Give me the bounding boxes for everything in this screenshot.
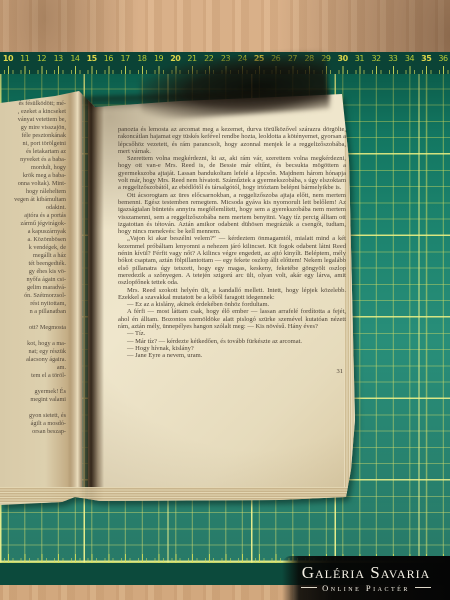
left-page-text-line	[0, 404, 66, 412]
left-page-text-line: megállt a ház	[0, 252, 66, 260]
watermark-badge: Galéria Savaria Online Piactér	[282, 556, 450, 600]
watermark-subtitle: Online Piactér	[322, 583, 410, 593]
left-page-text-line: tét beengedték.	[0, 260, 66, 268]
left-page-text-line: a kapuszárnyak	[0, 228, 66, 236]
book-paragraph: Ott ácsorogtam az üres előcsarnokban, a …	[118, 192, 346, 236]
left-page-text-line: alacsony ágaira.	[0, 356, 66, 364]
left-page-text-line: vegen át kibámultam	[0, 196, 66, 204]
book-paragraph: Szerettem volna megkérdezni, ki az, aki …	[118, 155, 346, 191]
left-page-text-line: , ezeket a kincseket	[0, 108, 66, 116]
book-paragraph: — Hogy hívnak, kislány?	[118, 345, 346, 352]
book-paragraph: A férfi — most láttam csak, hogy élő emb…	[118, 308, 346, 330]
left-page-text-line	[0, 332, 66, 340]
left-page-text-line: orsan beszap-	[0, 428, 66, 436]
left-page-text-line: gy éhes kis vö-	[0, 268, 66, 276]
left-page-text-line	[0, 380, 66, 388]
left-page-text-line: kot, hogy a ma-	[0, 340, 66, 348]
book-paragraph: — Jane Eyre a nevem, uram.	[118, 352, 346, 359]
left-page-text-line: gyon sietett, és	[0, 412, 66, 420]
left-page-text-line: rést nyitottam,	[0, 300, 66, 308]
book-paragraph: — Tíz.	[118, 330, 346, 337]
watermark-rule-right	[415, 587, 431, 588]
left-page-text: és fésülködött; mé-, ezeket a kincseketv…	[0, 100, 66, 436]
left-page-text-line: a. Közömbösen	[0, 236, 66, 244]
left-page-text-line: ón. Szétmorzsol-	[0, 292, 66, 300]
left-page-text-line: ni, port törölgetni	[0, 140, 66, 148]
left-page-text-line: n a pillanatban	[0, 308, 66, 316]
left-page-text-line: nat; egy részük	[0, 348, 66, 356]
left-page-text-line: gelim maradvá-	[0, 284, 66, 292]
left-page-text-line: krök meg a baba-	[0, 172, 66, 180]
book-paragraph: — Már tíz? — kérdezte kétkedően, és tová…	[118, 338, 346, 345]
left-page-text-line: nyveket és a baba-	[0, 156, 66, 164]
left-page-text-line: onna voltak). Mint-	[0, 180, 66, 188]
left-page-text-line: gy mire visszajön,	[0, 124, 66, 132]
left-page-text-line: ágilt a mosdó-	[0, 420, 66, 428]
left-page-text-line: am.	[0, 364, 66, 372]
left-page-text-line: odakint.	[0, 204, 66, 212]
book-gutter-fold	[70, 88, 104, 505]
book-paragraph: panozta és lemosta az arcomat meg a keze…	[118, 126, 346, 155]
right-page-text: panozta és lemosta az arcomat meg a keze…	[118, 126, 346, 375]
watermark-title: Galéria Savaria	[302, 564, 431, 582]
watermark-rule-left	[301, 587, 317, 588]
left-page-text-line: tem el a töröl-	[0, 372, 66, 380]
book-paragraph: — Ez az a kislány, akinek érdekében önhö…	[118, 301, 346, 308]
book-product-photo: 1011121314151617181920212223242526272829…	[0, 0, 450, 600]
left-page-text-line: nyőfa ágain csi-	[0, 276, 66, 284]
page-number: 31	[118, 368, 346, 375]
watermark-subtitle-row: Online Piactér	[301, 583, 431, 593]
left-page-text-line: mordult, hogy	[0, 164, 66, 172]
book-paragraph: Mrs. Reed szokott helyén ült, a kandalló…	[118, 287, 346, 302]
left-page-text-line: és letakartam az	[0, 148, 66, 156]
left-page-text-line: ványat vetettem be,	[0, 116, 66, 124]
left-page-text-line: féle pesztonkának	[0, 132, 66, 140]
book-paragraph: „Vajon ki akar beszélni velem?” — kérdez…	[118, 235, 346, 286]
left-page-text-line: megint valami	[0, 396, 66, 404]
page-block-bottom-edge	[0, 487, 356, 503]
left-page-text-line: zármű jégvirágok-	[0, 220, 66, 228]
left-page-text-line: hogy ráleheltem	[0, 188, 66, 196]
left-page-text-line	[0, 316, 66, 324]
left-page-text-line: k vendégek, de	[0, 244, 66, 252]
left-page-text-line: ajtóra és a portás	[0, 212, 66, 220]
left-page-text-line: gyermek! És	[0, 388, 66, 396]
left-page-text-line: és fésülködött; mé-	[0, 100, 66, 108]
left-page-text-line: ott? Megmosta	[0, 324, 66, 332]
